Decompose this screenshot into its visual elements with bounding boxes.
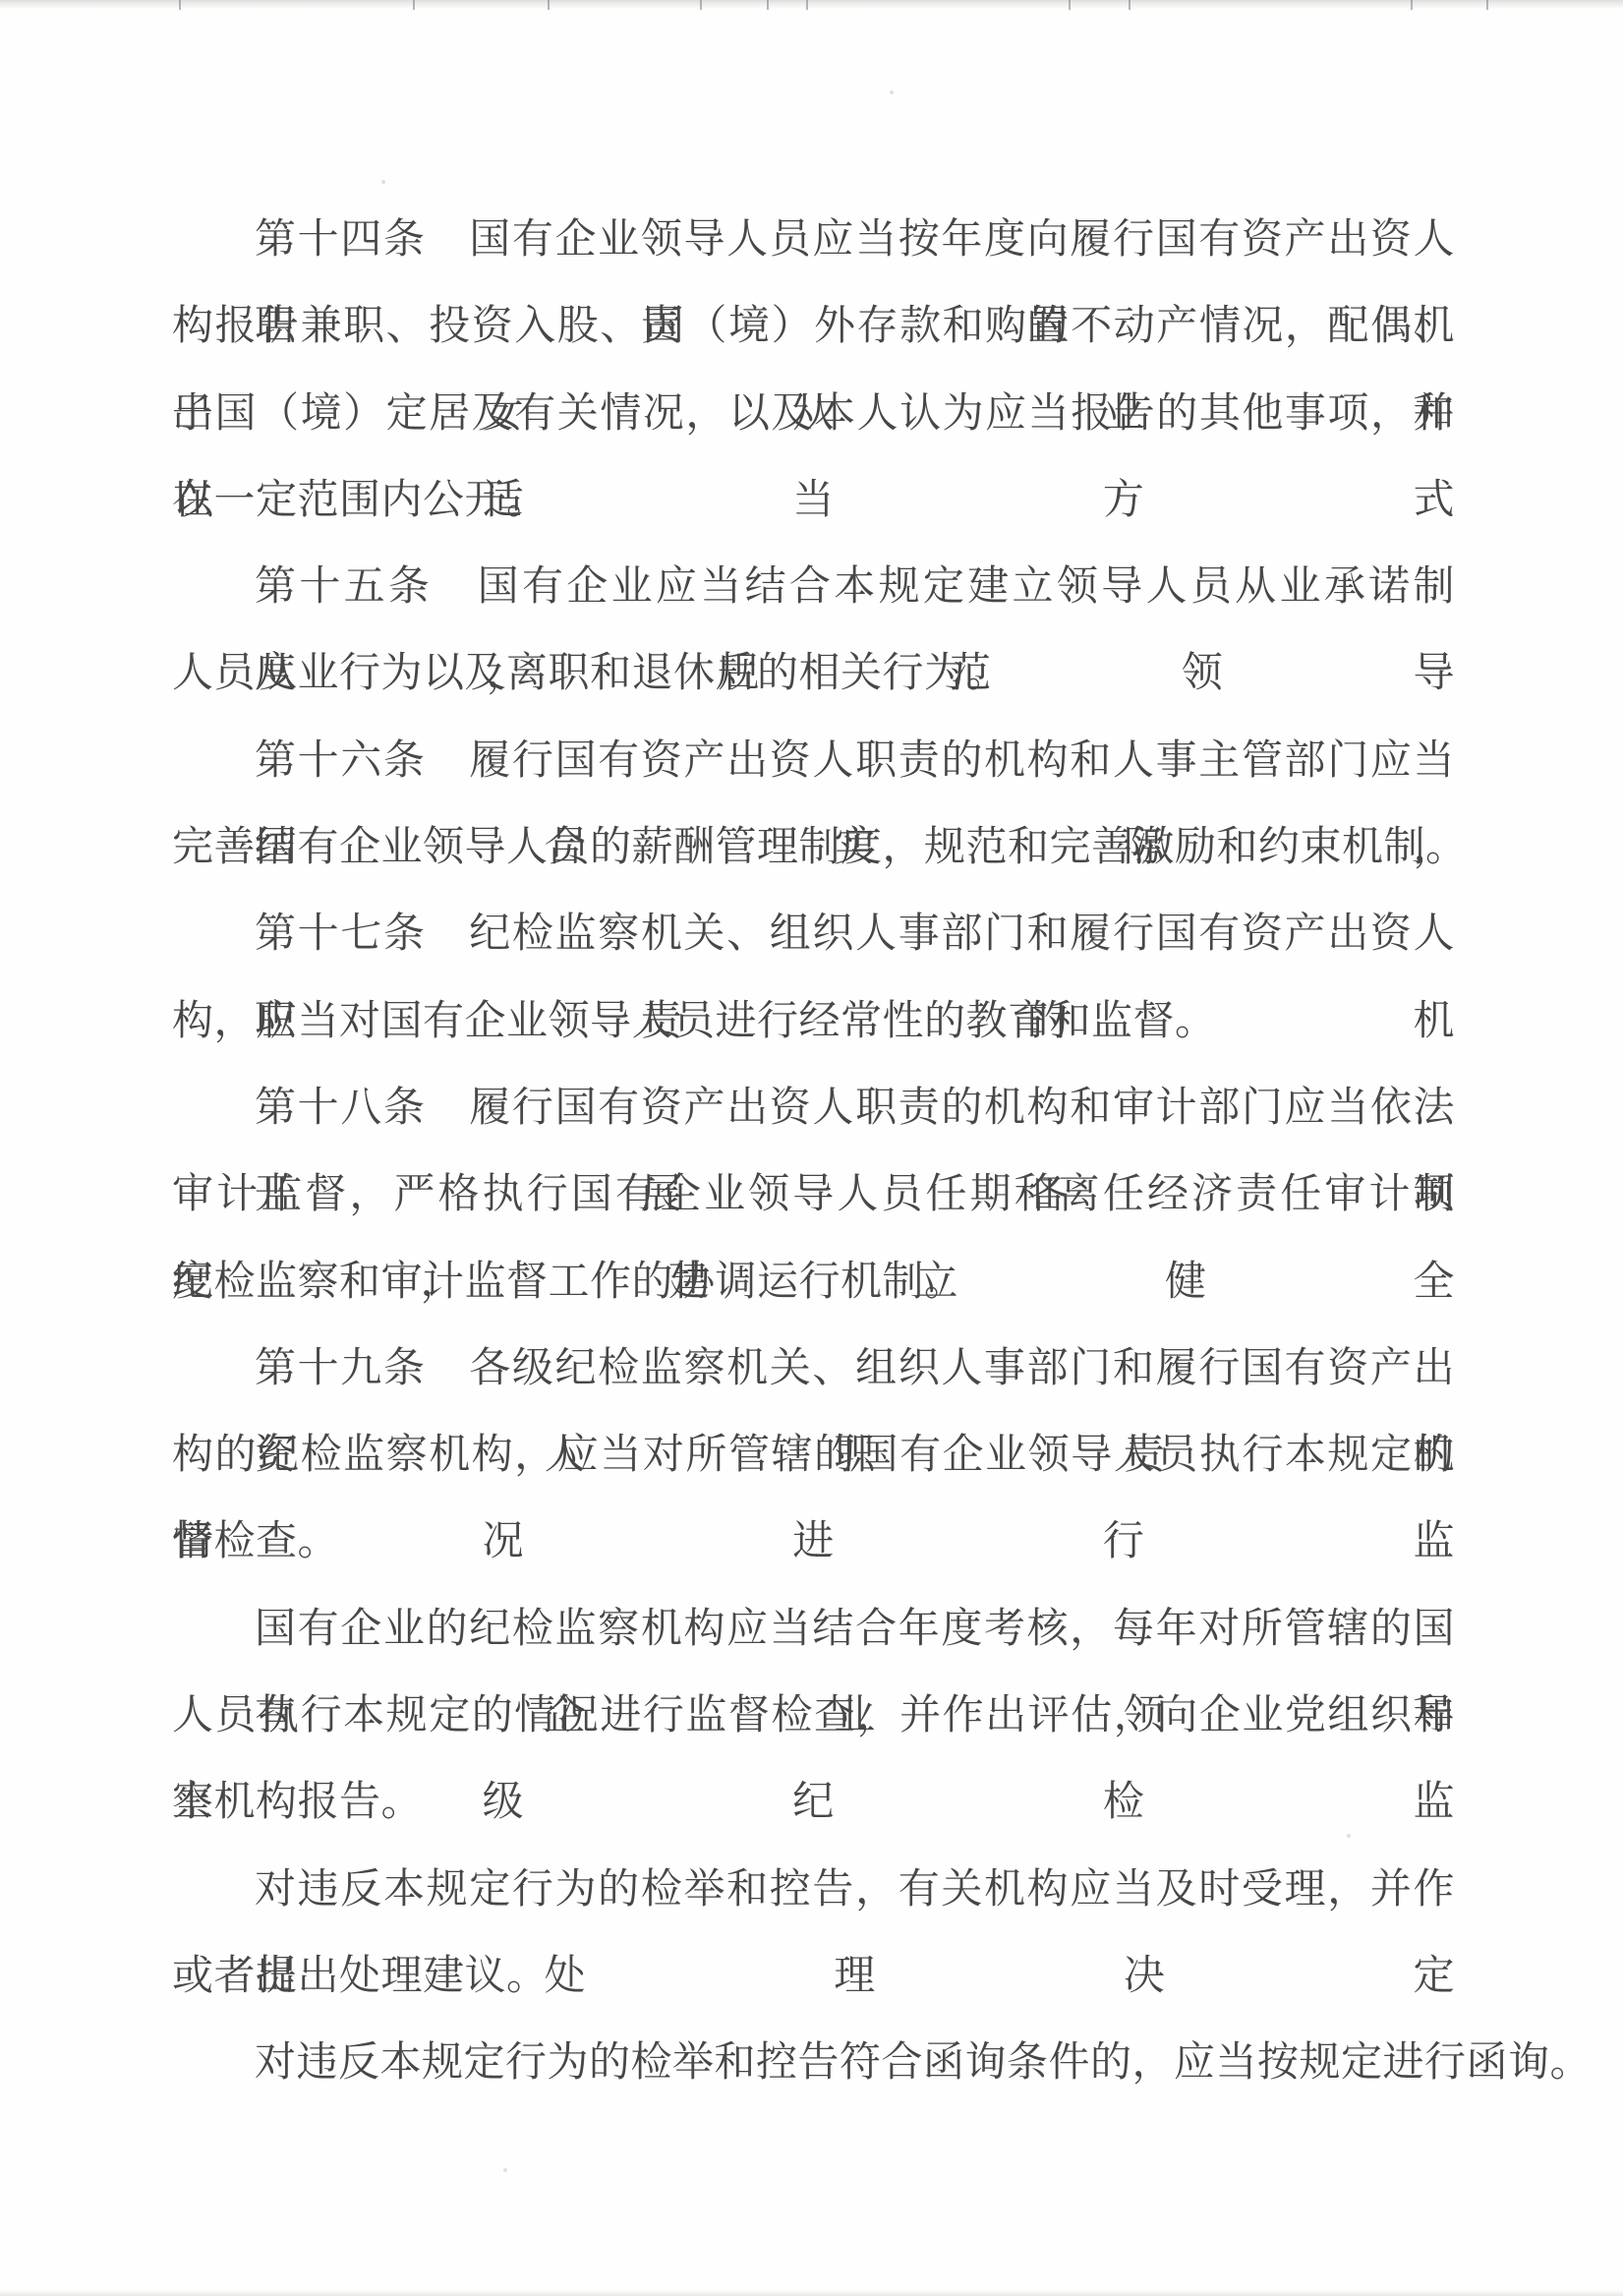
paragraph: 第十八条 履行国有资产出资人职责的机构和审计部门应当依法开展各项审计监督，严格执…: [172, 1065, 1455, 1325]
scanned-document-page: 第十四条 国有企业领导人员应当按年度向履行国有资产出资人职责的机构报告兼职、投资…: [0, 0, 1623, 2296]
scan-artifact-tick: [1486, 0, 1488, 10]
scan-artifact-tick: [1129, 0, 1130, 10]
scan-artifact-top-band: [0, 0, 1623, 9]
text-line: 第十五条 国有企业应当结合本规定建立领导人员从业承诺制度，规范领导: [172, 544, 1455, 630]
scan-artifact-speck: [381, 180, 385, 184]
text-line: 构的纪检监察机构，应当对所管辖的国有企业领导人员执行本规定的情况进行监: [172, 1412, 1455, 1499]
text-line: 对违反本规定行为的检举和控告，有关机构应当及时受理，并作出处理决定: [172, 1847, 1455, 1933]
text-line: 构报告兼职、投资入股、国（境）外存款和购置不动产情况，配偶、子女从业和: [172, 283, 1455, 370]
scan-artifact-tick: [413, 0, 415, 10]
text-line: 第十七条 纪检监察机关、组织人事部门和履行国有资产出资人职责的机: [172, 891, 1455, 977]
scan-artifact-speck: [1347, 1834, 1351, 1838]
paragraph: 第十四条 国有企业领导人员应当按年度向履行国有资产出资人职责的机构报告兼职、投资…: [172, 197, 1455, 544]
paragraph: 国有企业的纪检监察机构应当结合年度考核，每年对所管辖的国有企业领导人员执行本规定…: [172, 1586, 1455, 1847]
text-line: 人员执行本规定的情况进行监督检查，并作出评估，向企业党组织和上级纪检监: [172, 1673, 1455, 1759]
scan-artifact-tick: [548, 0, 550, 10]
scan-artifact-tick: [806, 0, 808, 10]
paragraph: 对违反本规定行为的检举和控告，有关机构应当及时受理，并作出处理决定或者提出处理建…: [172, 1847, 1455, 2021]
paragraph: 第十六条 履行国有资产出资人职责的机构和人事主管部门应当结合实际，完善国有企业领…: [172, 718, 1455, 892]
text-line: 审计监督，严格执行国有企业领导人员任期和离任经济责任审计制度，建立健全: [172, 1151, 1455, 1238]
paragraph: 第十五条 国有企业应当结合本规定建立领导人员从业承诺制度，规范领导人员从业行为以…: [172, 544, 1455, 718]
scan-artifact-tick: [767, 0, 769, 10]
scan-artifact-speck: [503, 2168, 507, 2172]
text-line: 第十八条 履行国有资产出资人职责的机构和审计部门应当依法开展各项: [172, 1065, 1455, 1151]
text-line: 第十六条 履行国有资产出资人职责的机构和人事主管部门应当结合实际，: [172, 718, 1455, 804]
scan-artifact-tick: [1411, 0, 1413, 10]
text-line: 出国（境）定居及有关情况，以及本人认为应当报告的其他事项，并以适当方式: [172, 371, 1455, 457]
text-line: 对违反本规定行为的检举和控告符合函询条件的，应当按规定进行函询。: [172, 2020, 1455, 2106]
text-line: 第十九条 各级纪检监察机关、组织人事部门和履行国有资产出资人职责机: [172, 1325, 1455, 1412]
text-line: 第十四条 国有企业领导人员应当按年度向履行国有资产出资人职责的机: [172, 197, 1455, 283]
scan-artifact-tick: [700, 0, 702, 10]
text-line: 完善国有企业领导人员的薪酬管理制度，规范和完善激励和约束机制。: [172, 804, 1455, 891]
scan-artifact-tick: [1069, 0, 1071, 10]
paragraph: 对违反本规定行为的检举和控告符合函询条件的，应当按规定进行函询。: [172, 2020, 1455, 2106]
document-text: 第十四条 国有企业领导人员应当按年度向履行国有资产出资人职责的机构报告兼职、投资…: [172, 197, 1455, 2107]
paragraph: 第十七条 纪检监察机关、组织人事部门和履行国有资产出资人职责的机构，应当对国有企…: [172, 891, 1455, 1065]
scan-artifact-bottom-band: [0, 2290, 1623, 2296]
scan-artifact-tick: [179, 0, 181, 10]
scan-artifact-speck: [890, 90, 894, 94]
paragraph: 第十九条 各级纪检监察机关、组织人事部门和履行国有资产出资人职责机构的纪检监察机…: [172, 1325, 1455, 1586]
text-line: 国有企业的纪检监察机构应当结合年度考核，每年对所管辖的国有企业领导: [172, 1586, 1455, 1673]
